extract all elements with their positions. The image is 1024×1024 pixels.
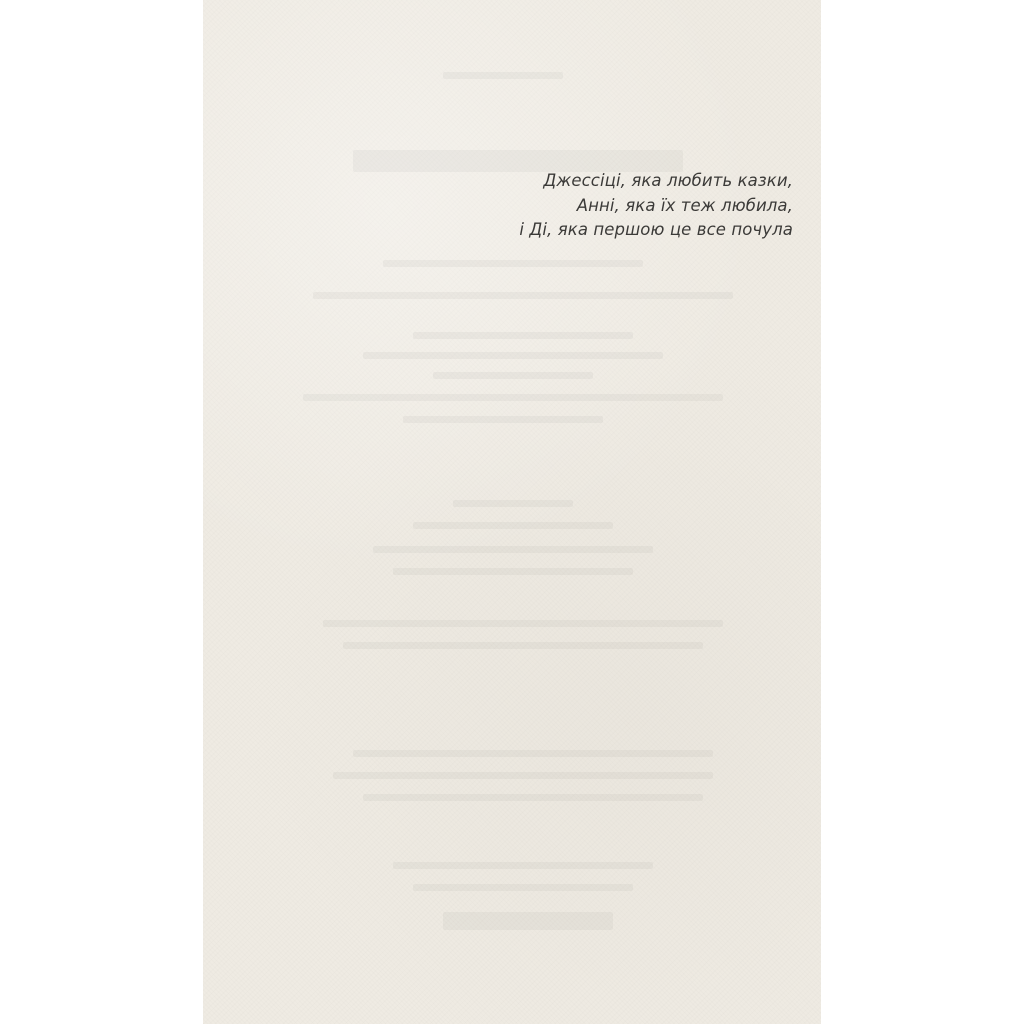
dedication: Джессіці, яка любить казки, Анні, яка їх… [519,169,793,243]
dedication-line-1: Джессіці, яка любить казки, [519,169,793,194]
dedication-line-3: і Ді, яка першою це все почула [519,218,793,243]
dedication-line-2: Анні, яка їх теж любила, [519,194,793,219]
book-page: Джессіці, яка любить казки, Анні, яка їх… [203,0,821,1024]
